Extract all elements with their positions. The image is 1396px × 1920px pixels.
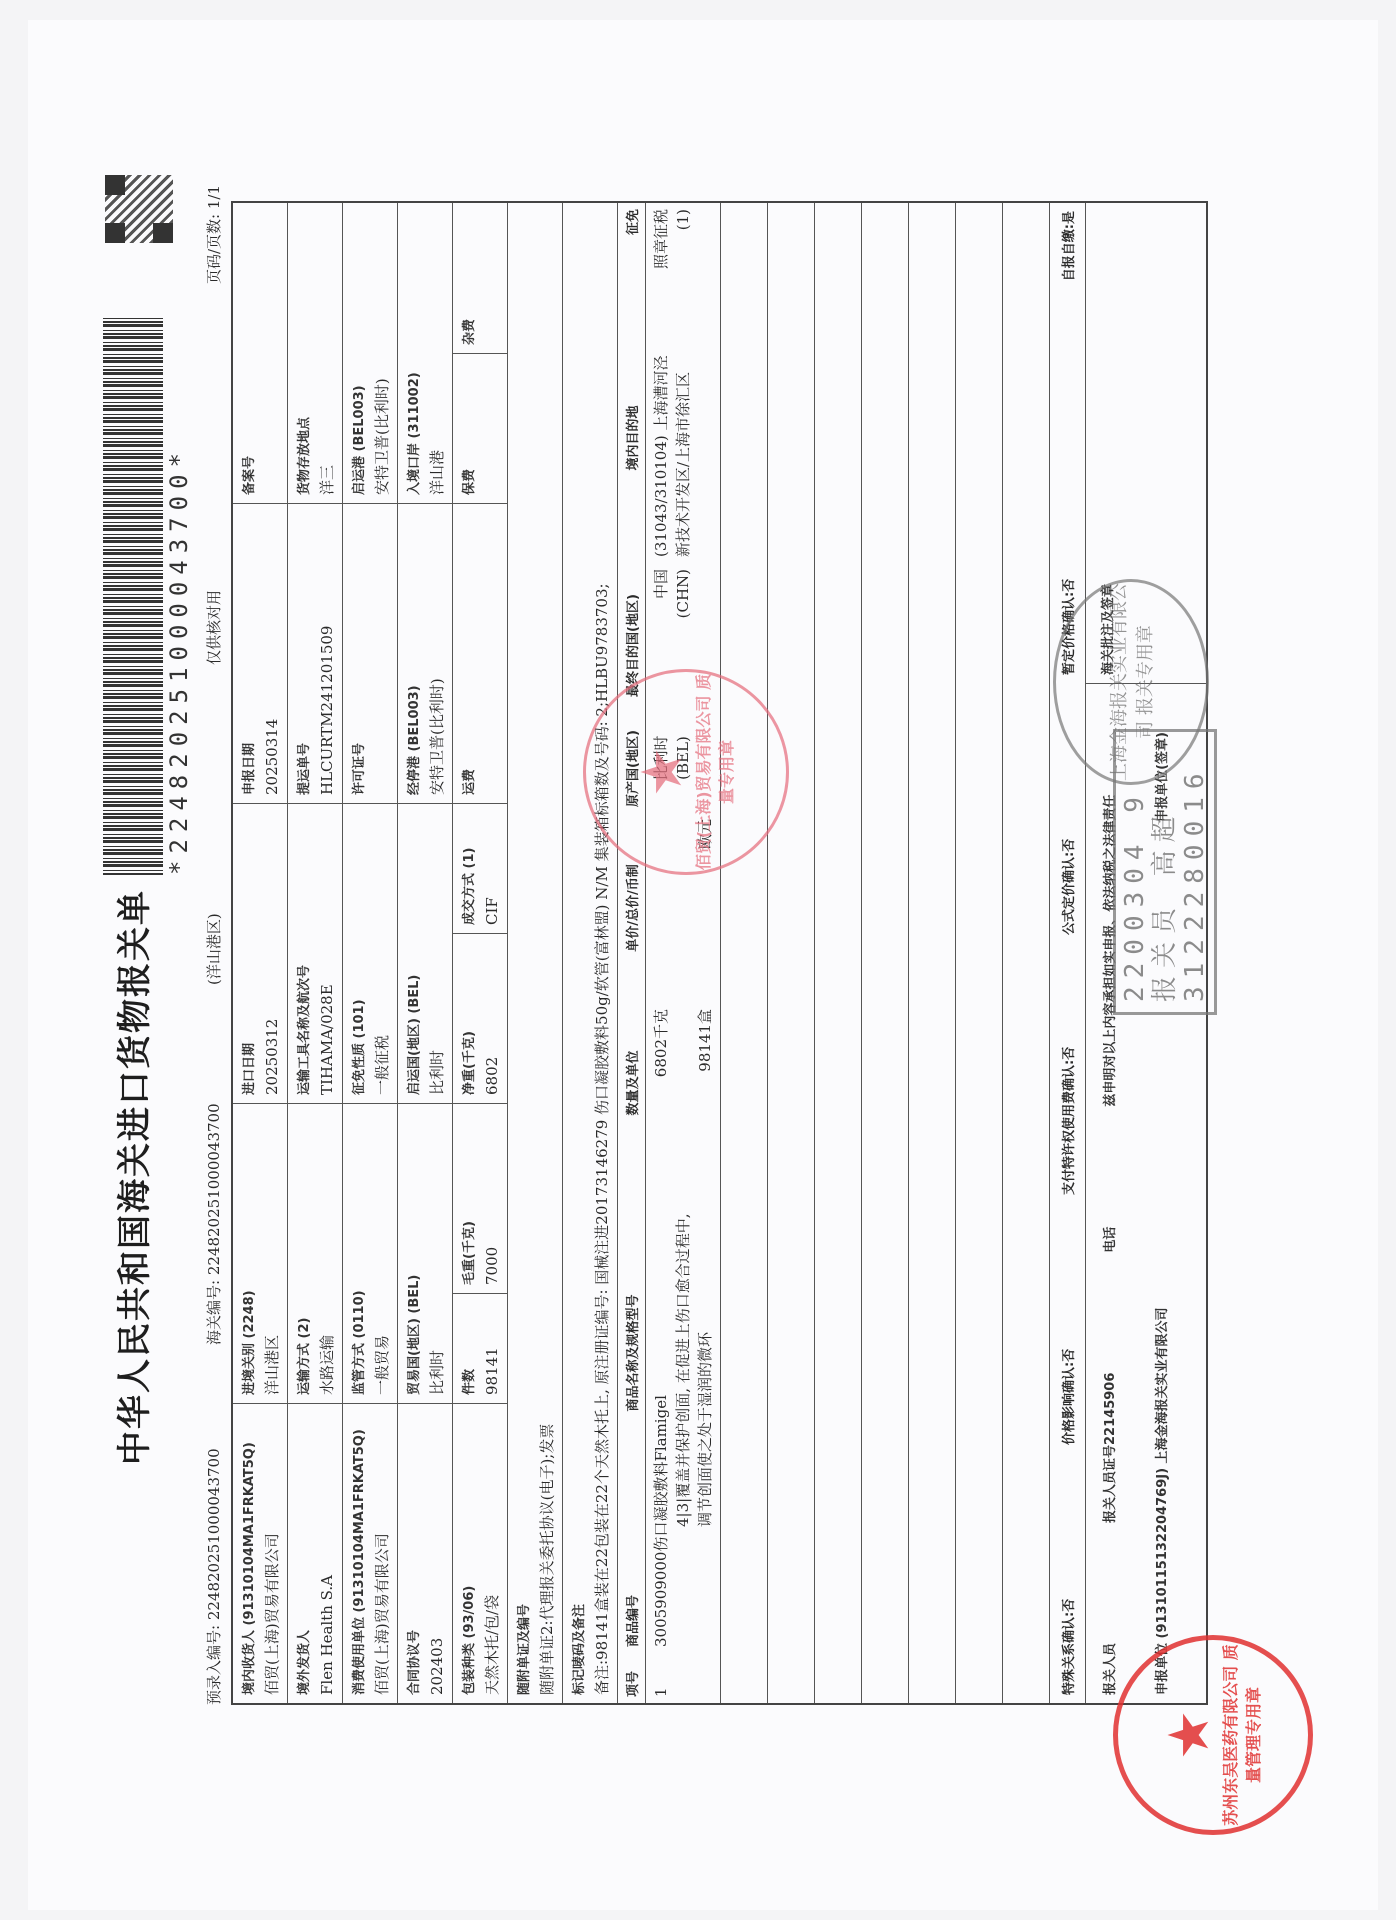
pieces-label: 件数 bbox=[462, 1369, 477, 1395]
field-label: 境内收货人 (91310104MA1FRKAT5Q) bbox=[242, 1442, 257, 1695]
field-value: 比利时 bbox=[426, 1112, 448, 1395]
quality-seal-dongwu: ★ 苏州东吴医药有限公司 质量管理专用章 bbox=[1113, 1635, 1313, 1835]
gross-weight-label: 毛重(千克) bbox=[462, 1221, 477, 1285]
field-label: 货物存放地点 bbox=[297, 417, 312, 495]
domestic-destination-1: (31043/310104) 上海漕河泾 bbox=[652, 355, 670, 557]
field-value: 202403 bbox=[426, 1412, 448, 1695]
declarant-cert: 报关人员证号22145906 bbox=[1100, 1373, 1122, 1523]
field-label: 贸易国(地区) (BEL) bbox=[407, 1275, 422, 1395]
header-row-1: 境内收货人 (91310104MA1FRKAT5Q)佰贸(上海)贸易有限公司 进… bbox=[233, 203, 288, 1703]
declarations-row: 特殊关系确认:否 价格影响确认:否 支付特许权使用费确认:否 公式定价确认:否 … bbox=[1050, 203, 1086, 1703]
empty-row bbox=[909, 203, 956, 1703]
barcode-text: *224820251000043700* bbox=[165, 446, 193, 875]
field-value: 比利时 bbox=[426, 812, 448, 1095]
goods-spec-line-2: 调节创面使之处于湿润的微环 bbox=[696, 1332, 714, 1647]
form-table: 境内收货人 (91310104MA1FRKAT5Q)佰贸(上海)贸易有限公司 进… bbox=[231, 201, 1208, 1705]
empty-row bbox=[768, 203, 815, 1703]
field-value: 20250314 bbox=[261, 512, 283, 795]
price-influence-confirm: 价格影响确认:否 bbox=[1050, 1203, 1085, 1453]
special-relation-confirm: 特殊关系确认:否 bbox=[1050, 1453, 1085, 1703]
header-row-2: 境外发货人Flen Health S.A 运输方式 (2)水路运输 运输工具名称… bbox=[288, 203, 343, 1703]
page-label: 页码/页数: bbox=[205, 214, 223, 284]
empty-row bbox=[815, 203, 862, 1703]
field-value: HLCURTM241201509 bbox=[316, 512, 338, 795]
quantity-1: 6802千克 bbox=[652, 1009, 670, 1077]
seal-text: 苏州东吴医药有限公司 质量管理专用章 bbox=[1218, 1640, 1264, 1830]
field-label: 许可证号 bbox=[352, 743, 367, 795]
col-header: 商品编号 bbox=[618, 1543, 645, 1653]
levy-method: 照章征税 bbox=[652, 209, 670, 269]
document-title: 中华人民共和国海关进口货物报关单 bbox=[107, 889, 156, 1465]
package-type-value: 天然木托/包/袋 bbox=[481, 1412, 503, 1695]
pre-entry-label: 预录入编号: bbox=[205, 1625, 223, 1705]
field-label: 进口日期 bbox=[242, 1043, 257, 1095]
field-label: 经停港 (BEL003) bbox=[407, 685, 422, 795]
empty-row bbox=[721, 203, 768, 1703]
field-label: 进境关别 (2248) bbox=[242, 1290, 257, 1395]
transaction-mode-value: CIF bbox=[481, 812, 503, 925]
field-label: 提运单号 bbox=[297, 743, 312, 795]
check-only-note: 仅供核对用 bbox=[203, 590, 224, 665]
customs-number-label: 海关编号: bbox=[205, 1280, 223, 1345]
remarks-label: 标记唛码及备注 bbox=[572, 1604, 587, 1695]
field-value: 水路运输 bbox=[316, 1112, 338, 1395]
field-value: 安特卫普(比利时) bbox=[426, 512, 448, 795]
table-row: 1 3005909000伤口凝胶敷料Flamigel 4|3|覆盖并保护创面, … bbox=[646, 203, 721, 1703]
misc-fee-label: 杂费 bbox=[462, 319, 477, 345]
net-weight-label: 净重(千克) bbox=[462, 1031, 477, 1095]
field-label: 合同协议号 bbox=[407, 1630, 422, 1695]
package-row: 包装种类 (93/06)天然木托/包/袋 件数98141 毛重(千克)7000 … bbox=[453, 203, 508, 1703]
field-value: 一般征税 bbox=[371, 812, 393, 1095]
gross-weight-value: 7000 bbox=[481, 1112, 503, 1285]
levy-code: (1) bbox=[674, 209, 692, 230]
freight-label: 运费 bbox=[462, 769, 477, 795]
field-value: 洋山港区 bbox=[261, 1112, 283, 1395]
attached-docs-row: 随附单证及编号随附单证2:代理报关委托协议(电子);发票 bbox=[508, 203, 563, 1703]
field-value: 20250312 bbox=[261, 812, 283, 1095]
package-type-label: 包装种类 (93/06) bbox=[462, 1586, 477, 1695]
page-value: 1/1 bbox=[205, 185, 223, 209]
field-label: 监管方式 (0110) bbox=[352, 1290, 367, 1395]
goods-table-header: 项号 商品编号 商品名称及规格型号 数量及单位 单价/总价/币制 原产国(地区)… bbox=[618, 203, 646, 1703]
field-value: 一般贸易 bbox=[371, 1112, 393, 1395]
field-label: 境外发货人 bbox=[297, 1630, 312, 1695]
col-header: 项号 bbox=[618, 1653, 645, 1703]
pieces-value: 98141 bbox=[481, 1302, 503, 1395]
item-number: 1 bbox=[646, 1653, 720, 1703]
empty-row bbox=[862, 203, 909, 1703]
col-header: 数量及单位 bbox=[618, 1003, 645, 1163]
pre-entry-number: 224820251000043700 bbox=[205, 1448, 223, 1620]
field-value: 佰贸(上海)贸易有限公司 bbox=[261, 1412, 283, 1695]
qr-code bbox=[103, 173, 175, 245]
field-label: 启运港 (BEL003) bbox=[352, 385, 367, 495]
star-icon: ★ bbox=[635, 747, 691, 797]
field-label: 启运国(地区) (BEL) bbox=[407, 975, 422, 1095]
empty-row bbox=[956, 203, 1003, 1703]
destination-code: (CHN) bbox=[674, 569, 692, 618]
attached-docs-value: 随附单证2:代理报关委托协议(电子);发票 bbox=[536, 211, 558, 1695]
remarks-value: 备注:98141盒装在22包装在22个天然木托上, 原注册证编号: 国械注进20… bbox=[591, 211, 613, 1695]
field-value: 洋三 bbox=[316, 211, 338, 495]
field-label: 备案号 bbox=[242, 456, 257, 495]
royalty-confirm: 支付特许权使用费确认:否 bbox=[1050, 943, 1085, 1203]
field-label: 入境口岸 (311002) bbox=[407, 372, 422, 495]
goods-spec-line-1: 4|3|覆盖并保护创面, 在促进上伤口愈合过程中, bbox=[674, 1213, 692, 1647]
customs-number: 224820251000043700 bbox=[205, 1103, 223, 1275]
col-header: 商品名称及规格型号 bbox=[618, 1163, 645, 1543]
star-icon: ★ bbox=[1162, 1710, 1218, 1760]
header-info-line: 预录入编号: 224820251000043700 海关编号: 22482025… bbox=[203, 185, 225, 1705]
field-value: 佰贸(上海)贸易有限公司 bbox=[371, 1412, 393, 1695]
self-report-confirm: 自报自缴:是 bbox=[1050, 203, 1085, 423]
quality-seal-baimao: ★ 佰贸(上海)贸易有限公司 质量专用章 bbox=[583, 669, 789, 875]
declarant-label: 报关人员 bbox=[1100, 1643, 1122, 1695]
insurance-label: 保费 bbox=[462, 469, 477, 495]
empty-row bbox=[1003, 203, 1050, 1703]
goods-name: 伤口凝胶敷料Flamigel bbox=[652, 1395, 670, 1551]
remarks-row: 标记唛码及备注备注:98141盒装在22包装在22个天然木托上, 原注册证编号:… bbox=[563, 203, 618, 1703]
field-label: 消费使用单位 (91310104MA1FRKAT5Q) bbox=[352, 1429, 367, 1695]
field-label: 运输方式 (2) bbox=[297, 1318, 312, 1395]
attached-docs-label: 随附单证及编号 bbox=[517, 1604, 532, 1695]
quantity-2: 98141盒 bbox=[696, 1009, 714, 1072]
scanned-page: 中华人民共和国海关进口货物报关单 *224820251000043700* 预录… bbox=[28, 20, 1378, 1910]
transaction-mode-label: 成交方式 (1) bbox=[462, 848, 477, 925]
net-weight-value: 6802 bbox=[481, 942, 503, 1095]
header-row-3: 消费使用单位 (91310104MA1FRKAT5Q)佰贸(上海)贸易有限公司 … bbox=[343, 203, 398, 1703]
field-label: 申报日期 bbox=[242, 743, 257, 795]
domestic-destination-2: 新技术开发区/上海市徐汇区 bbox=[674, 372, 692, 557]
col-header: 境内目的地 bbox=[618, 313, 645, 563]
customs-declaration-form: 中华人民共和国海关进口货物报关单 *224820251000043700* 预录… bbox=[103, 125, 1303, 1805]
port-note: (洋山港区) bbox=[203, 913, 224, 985]
header-row-4: 合同协议号202403 贸易国(地区) (BEL)比利时 启运国(地区) (BE… bbox=[398, 203, 453, 1703]
phone-label: 电话 bbox=[1100, 1227, 1122, 1253]
destination-country: 中国 bbox=[652, 569, 670, 599]
hs-code: 3005909000 bbox=[652, 1552, 670, 1647]
field-value: TIHAMA/028E bbox=[316, 812, 338, 1095]
seal-text: 佰贸(上海)贸易有限公司 质量专用章 bbox=[691, 672, 737, 872]
barcode bbox=[103, 315, 163, 875]
field-value: Flen Health S.A bbox=[316, 1412, 338, 1695]
field-value: 洋山港 bbox=[426, 211, 448, 495]
field-value: 安特卫普(比利时) bbox=[371, 211, 393, 495]
field-label: 运输工具名称及航次号 bbox=[297, 965, 312, 1095]
col-header: 征免 bbox=[618, 203, 645, 313]
declaring-agent: 申报单位 (91310115132204769J) 上海金海报关实业有限公司 bbox=[1152, 1307, 1174, 1695]
broker-code-stamp: 2200304 9 报关员 高超 3122280016 bbox=[1113, 729, 1217, 1015]
field-label: 征免性质 (101) bbox=[352, 999, 367, 1095]
